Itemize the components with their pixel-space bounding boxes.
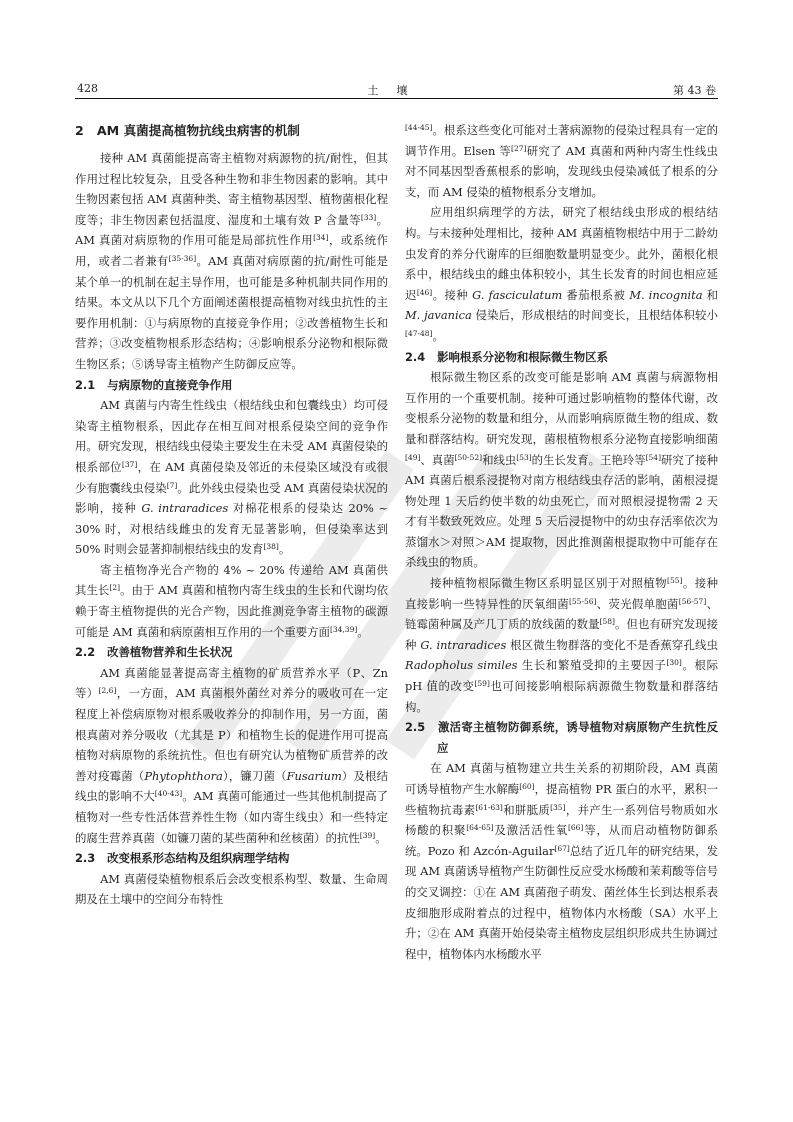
subsection-heading-2-2: 2.2 改善植物营养和生长状况: [75, 642, 388, 663]
journal-name: 土壤: [75, 82, 718, 98]
subsection-heading-2-5: 2.5 激活寄主植物防御系统，诱导植物对病原物产生抗性反应: [405, 717, 718, 758]
paragraph: AM 真菌侵染植物根系后会改变根系构型、数量、生命周期及在土壤中的空间分布特性: [75, 869, 388, 910]
paragraph: AM 真菌能显著提高寄主植物的矿质营养水平（P、Zn 等）[2,6]，一方面，A…: [75, 663, 388, 848]
paragraph: 应用组织病理学的方法，研究了根结线虫形成的根结结构。与未接种处理相比，接种 AM…: [405, 202, 718, 346]
paragraph: 接种植物根际微生物区系明显区别于对照植物[55]。接种直接影响一些特异性的厌氧细…: [405, 573, 718, 717]
section-heading: 2 AM 真菌提高植物抗线虫病害的机制: [75, 120, 388, 142]
volume-label: 第 43 卷: [673, 82, 716, 98]
right-column: [44-45]。根系这些变化可能对土著病源物的侵染过程具有一定的调节作用。Els…: [405, 120, 718, 964]
paragraph: 寄主植物净光合产物的 4% ~ 20% 传递给 AM 真菌供其生长[2]。由于 …: [75, 560, 388, 642]
page-header: 428 土壤 第 43 卷: [75, 80, 718, 99]
paragraph: AM 真菌与内寄生性线虫（根结线虫和包囊线虫）均可侵染寄主植物根系，因此存在相互…: [75, 395, 388, 560]
subsection-heading-2-1: 2.1 与病原物的直接竞争作用: [75, 375, 388, 396]
paragraph: 在 AM 真菌与植物建立共生关系的初期阶段，AM 真菌可诱导植物产生水解酶[60…: [405, 758, 718, 964]
subsection-heading-2-4: 2.4 影响根系分泌物和根际微生物区系: [405, 347, 718, 368]
left-column: 2 AM 真菌提高植物抗线虫病害的机制 接种 AM 真菌能提高寄主植物对病源物的…: [75, 120, 388, 910]
paragraph-continued: [44-45]。根系这些变化可能对土著病源物的侵染过程具有一定的调节作用。Els…: [405, 120, 718, 202]
subsection-heading-2-3: 2.3 改变根系形态结构及组织病理学结构: [75, 848, 388, 869]
paragraph: 根际微生物区系的改变可能是影响 AM 真菌与病源物相互作用的一个重要机制。接种可…: [405, 367, 718, 573]
intro-paragraph: 接种 AM 真菌能提高寄主植物对病源物的抗/耐性，但其作用过程比较复杂，且受各种…: [75, 148, 388, 375]
